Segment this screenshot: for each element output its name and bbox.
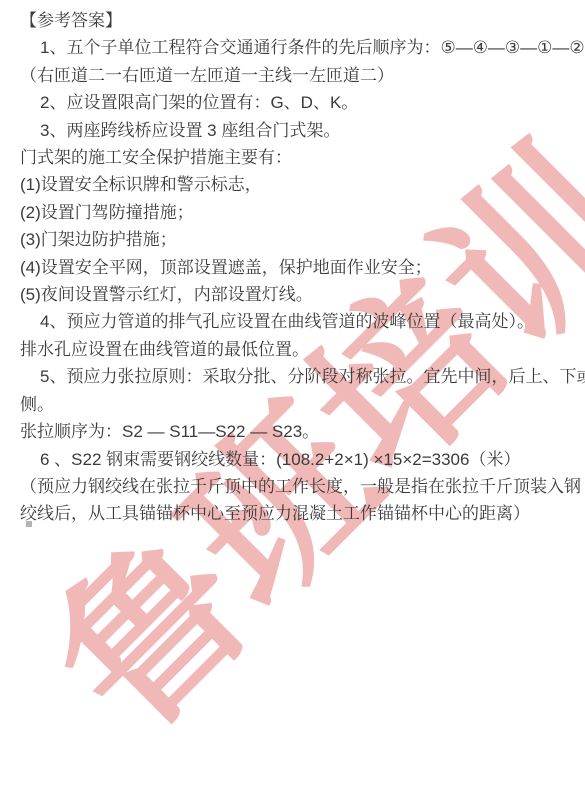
text-line: (3)门架边防护措施； <box>20 226 572 253</box>
text-line: 5、预应力张拉原则：采取分批、分阶段对称张拉。宜先中间，后上、下或两 <box>20 363 572 390</box>
text-line: 6 、S22 钢束需要钢绞线数量：(108.2+2×1) ×15×2=3306（… <box>20 446 572 473</box>
text-line: (1)设置安全标识牌和警示标志， <box>20 171 572 198</box>
text-line: 张拉顺序为：S2 — S11—S22 — S23。 <box>20 418 572 445</box>
document-page: 鲁班培训 【参考答案】1、五个子单位工程符合交通通行条件的先后顺序为：⑤—④—③… <box>0 0 585 796</box>
text-line: (5)夜间设置警示红灯，内部设置灯线。 <box>20 281 572 308</box>
text-line: (4)设置安全平网，顶部设置遮盖，保护地面作业安全； <box>20 254 572 281</box>
text-line: 绞线后，从工具锚锚杯中心至预应力混凝土工作锚锚杯中心的距离） <box>20 500 572 527</box>
text-line: 1、五个子单位工程符合交通通行条件的先后顺序为：⑤—④—③—①—②。 <box>20 34 572 61</box>
text-line: （右匝道二一右匝道一左匝道一主线一左匝道二） <box>20 62 572 89</box>
text-line: （预应力钢绞线在张拉千斤顶中的工作长度，一般是指在张拉千斤顶装入钢 <box>20 473 572 500</box>
text-line: (2)设置门驾防撞措施； <box>20 199 572 226</box>
text-line: 2、应设置限高门架的位置有：G、D、K。 <box>20 89 572 116</box>
text-line: 3、两座跨线桥应设置 3 座组合门式架。 <box>20 117 572 144</box>
stray-mark <box>26 521 32 527</box>
text-line: 【参考答案】 <box>20 7 572 34</box>
text-line: 侧。 <box>20 391 572 418</box>
text-line: 门式架的施工安全保护措施主要有： <box>20 144 572 171</box>
document-lines: 【参考答案】1、五个子单位工程符合交通通行条件的先后顺序为：⑤—④—③—①—②。… <box>20 7 572 528</box>
text-line: 排水孔应设置在曲线管道的最低位置。 <box>20 336 572 363</box>
text-line: 4、预应力管道的排气孔应设置在曲线管道的波峰位置（最高处）。 <box>20 308 572 335</box>
